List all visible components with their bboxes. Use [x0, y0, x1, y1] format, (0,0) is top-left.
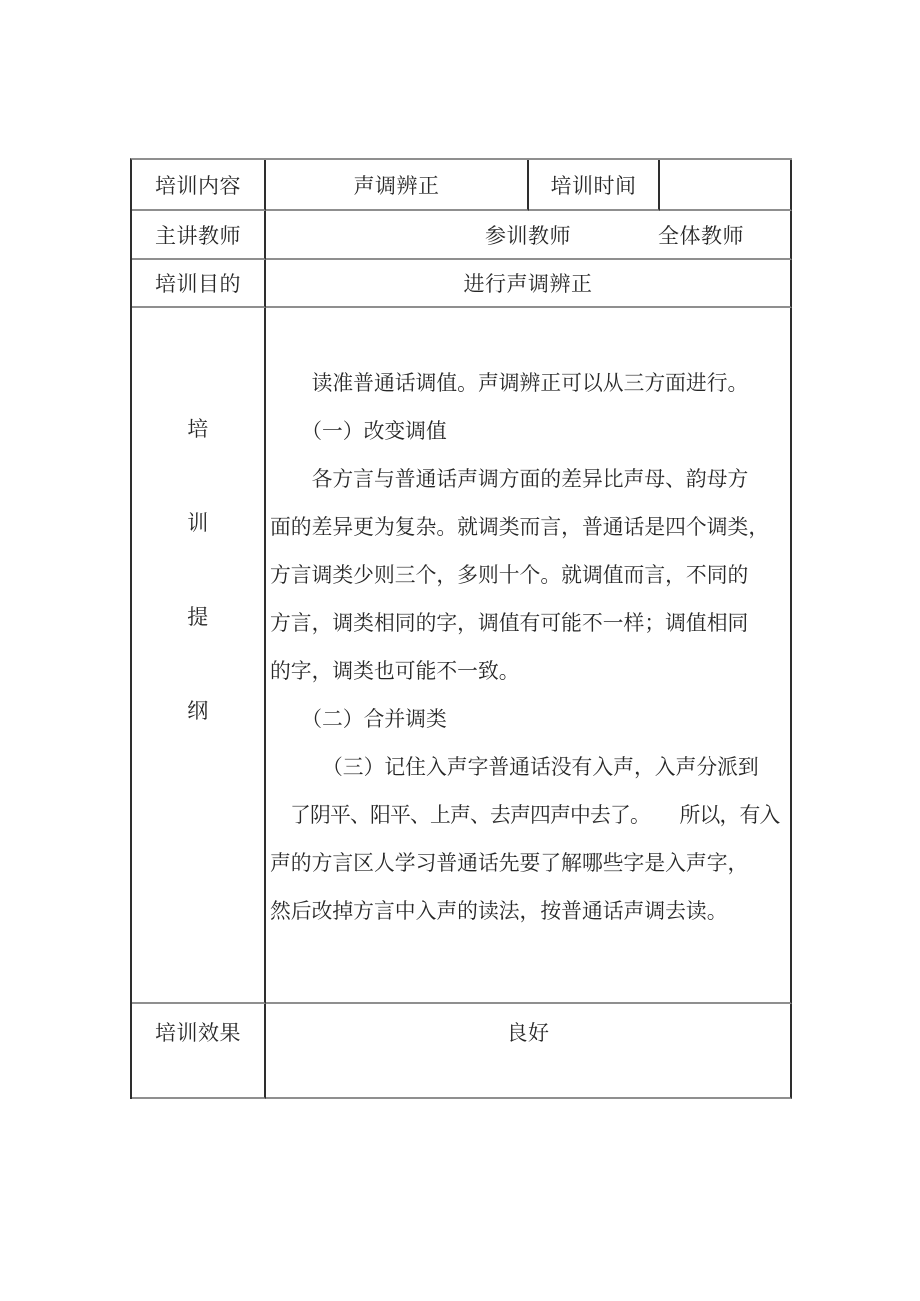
training-time-label: 培训时间: [551, 170, 637, 200]
outline-line: 了阴平、阳平、上声、去声四声中去了。 所以，有入: [270, 792, 790, 840]
training-outline-label-cell: 培 训 提 纲: [132, 308, 266, 1004]
training-outline-label-char-4: 纲: [187, 700, 209, 722]
training-content-label: 培训内容: [155, 170, 241, 200]
training-effect-value-cell: 良好: [266, 1004, 792, 1099]
training-time-value-cell: [660, 160, 792, 211]
outline-line: 面的差异更为复杂。就调类而言，普通话是四个调类，: [270, 504, 790, 552]
training-effect-label: 培训效果: [155, 1014, 241, 1052]
participants-label: 参训教师: [485, 220, 571, 250]
lead-teacher-label-cell: 主讲教师: [132, 211, 266, 260]
training-content-value-cell: 声调辨正: [266, 160, 529, 211]
outline-line: 方言调类少则三个，多则十个。就调值而言，不同的: [270, 552, 790, 600]
lead-teacher-label: 主讲教师: [155, 220, 241, 250]
training-outline-label-char-2: 训: [187, 512, 209, 534]
training-outline-label-char-3: 提: [187, 606, 209, 628]
training-time-label-cell: 培训时间: [529, 160, 660, 211]
document-page: 培训内容 声调辨正 培训时间 主讲教师 参训教师 全体教师 培训目的 进行声调辨…: [0, 0, 920, 1301]
training-record-table: 培训内容 声调辨正 培训时间 主讲教师 参训教师 全体教师 培训目的 进行声调辨…: [130, 158, 792, 1099]
training-content-value: 声调辨正: [354, 170, 440, 200]
participants-cell: 参训教师 全体教师: [266, 211, 792, 260]
training-purpose-label-cell: 培训目的: [132, 260, 266, 308]
outline-line: （一）改变调值: [270, 408, 790, 456]
training-outline-body-cell: 读准普通话调值。声调辨正可以从三方面进行。 （一）改变调值 各方言与普通话声调方…: [266, 308, 792, 1004]
training-effect-label-cell: 培训效果: [132, 1004, 266, 1099]
outline-line: 然后改掉方言中入声的读法，按普通话声调去读。: [270, 888, 790, 936]
training-outline-label-char-1: 培: [187, 418, 209, 440]
training-outline-text: 读准普通话调值。声调辨正可以从三方面进行。 （一）改变调值 各方言与普通话声调方…: [266, 308, 790, 936]
outline-line: 的字，调类也可能不一致。: [270, 648, 790, 696]
outline-line: （三）记住入声字普通话没有入声，入声分派到: [270, 744, 790, 792]
training-effect-value: 良好: [507, 1014, 550, 1052]
outline-line: 各方言与普通话声调方面的差异比声母、韵母方: [270, 456, 790, 504]
training-purpose-label: 培训目的: [155, 268, 241, 298]
training-purpose-value-cell: 进行声调辨正: [266, 260, 792, 308]
outline-line: （二）合并调类: [270, 696, 790, 744]
outline-line: 读准普通话调值。声调辨正可以从三方面进行。: [270, 360, 790, 408]
outline-line: 声的方言区人学习普通话先要了解哪些字是入声字，: [270, 840, 790, 888]
training-purpose-value: 进行声调辨正: [464, 268, 593, 298]
training-content-label-cell: 培训内容: [132, 160, 266, 211]
participants-value: 全体教师: [658, 220, 744, 250]
outline-line: 方言，调类相同的字，调值有可能不一样；调值相同: [270, 600, 790, 648]
